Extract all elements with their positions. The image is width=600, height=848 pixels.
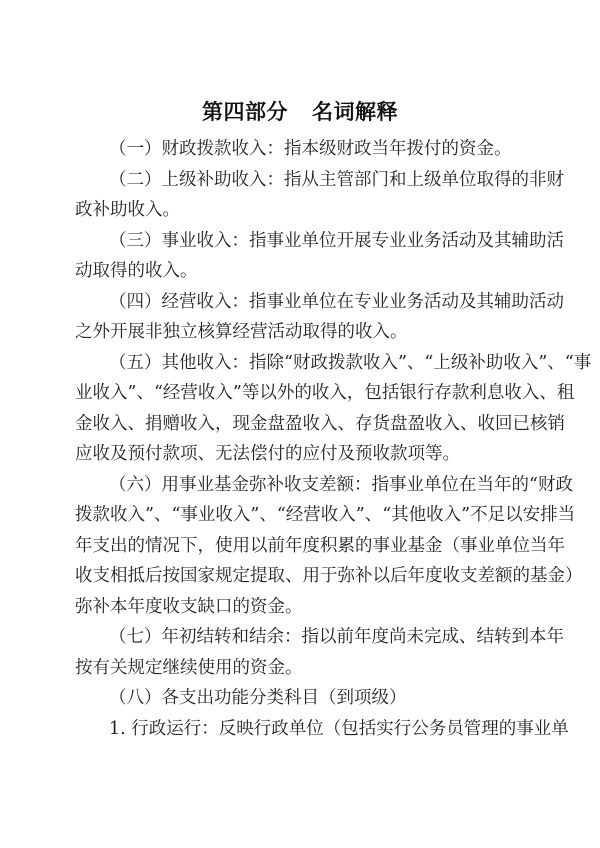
paragraph-line: 之外开展非独立核算经营活动取得的收入。 — [75, 317, 530, 348]
paragraph-line: （五）其他收入：指除“财政拨款收入”、“上级补助收入”、“事 — [75, 348, 530, 379]
section-title: 第四部分名词解释 — [0, 96, 600, 126]
paragraph-line: 按有关规定继续使用的资金。 — [75, 653, 530, 684]
paragraph-line: 金收入、捐赠收入，现金盘盈收入、存货盘盈收入、收回已核销 — [75, 409, 530, 440]
paragraph-line: 拨款收入”、“事业收入”、“经营收入”、“其他收入”不足以安排当 — [75, 500, 530, 531]
paragraph-line: （四）经营收入：指事业单位在专业业务活动及其辅助活动 — [75, 287, 530, 318]
paragraph-line: 业收入”、“经营收入”等以外的收入，包括银行存款利息收入、租 — [75, 378, 530, 409]
document-body: （一）财政拨款收入：指本级财政当年拨付的资金。（二）上级补助收入：指从主管部门和… — [75, 134, 530, 744]
paragraph-line: （一）财政拨款收入：指本级财政当年拨付的资金。 — [75, 134, 530, 165]
paragraph-line: （三）事业收入：指事业单位开展专业业务活动及其辅助活 — [75, 226, 530, 257]
paragraph-line: （二）上级补助收入：指从主管部门和上级单位取得的非财 — [75, 165, 530, 196]
paragraph-line: 1. 行政运行：反映行政单位（包括实行公务员管理的事业单 — [75, 714, 530, 745]
paragraph-line: 年支出的情况下，使用以前年度积累的事业基金（事业单位当年 — [75, 531, 530, 562]
paragraph-line: （六）用事业基金弥补收支差额：指事业单位在当年的“财政 — [75, 470, 530, 501]
paragraph-line: 政补助收入。 — [75, 195, 530, 226]
paragraph-line: （八）各支出功能分类科目（到项级） — [75, 683, 530, 714]
title-name: 名词解释 — [312, 99, 398, 124]
paragraph-line: 收支相抵后按国家规定提取、用于弥补以后年度收支差额的基金） — [75, 561, 530, 592]
title-part: 第四部分 — [202, 99, 288, 124]
paragraph-line: （七）年初结转和结余：指以前年度尚未完成、结转到本年 — [75, 622, 530, 653]
paragraph-line: 应收及预付款项、无法偿付的应付及预收款项等。 — [75, 439, 530, 470]
paragraph-line: 弥补本年度收支缺口的资金。 — [75, 592, 530, 623]
paragraph-line: 动取得的收入。 — [75, 256, 530, 287]
